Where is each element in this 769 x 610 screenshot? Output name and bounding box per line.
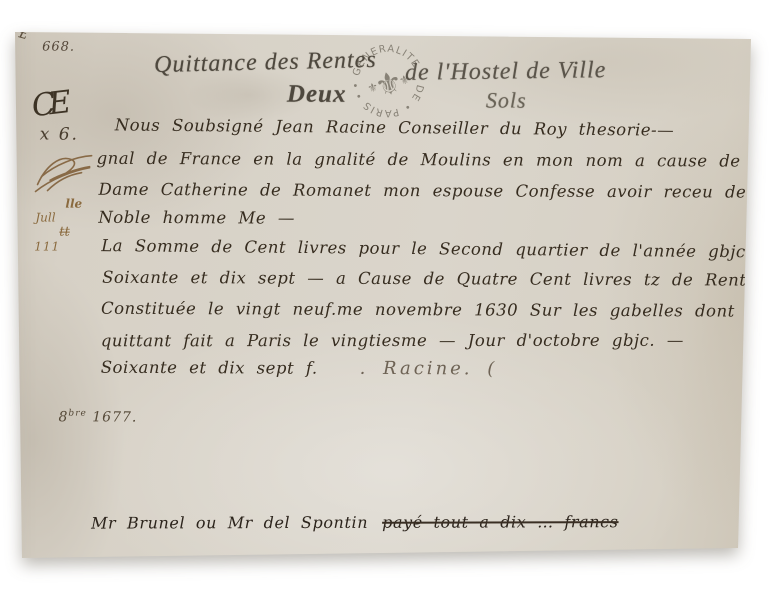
body-line: Constituée le vingt neuf.me novembre 163… [101,299,735,321]
body-line-text: Soixante et dix sept f. [101,358,318,378]
racine-signature: . Racine. ( [360,358,498,380]
body-line: La Somme de Cent livres pour le Second q… [101,236,746,261]
body-line: Nous Soubsigné Jean Racine Conseiller du… [115,115,675,139]
body-line: gnal de France en la gnalité de Moulins … [97,149,741,171]
date-note-superscript: bre [68,409,86,419]
folio-number: 668. [42,40,75,55]
margin-mark-jull: Jull [35,210,55,224]
body-last-line: Soixante et dix sept f.. Racine. ( [101,357,498,380]
header-title-right: de l'Hostel de Ville [405,57,607,87]
date-note-year: 1677. [87,409,138,425]
bottom-annotation-names: Mr Brunel ou Mr del Spontin [91,513,368,533]
body-line: Dame Catherine de Romanet mon espouse Co… [98,180,746,202]
fleur-de-lis-small-right-icon: ⚜ [398,72,412,88]
body-line: Noble homme Me — [98,208,295,228]
margin-mark-x6: x 6. [40,124,79,144]
header-denomination-deux: Deux [287,81,347,109]
photo-background: £ 668. Quittance des Rentes de l'Hostel … [0,0,769,610]
document-content: £ 668. Quittance des Rentes de l'Hostel … [0,0,769,610]
body-line: Soixante et dix sept — a Cause de Quatre… [102,268,769,290]
date-note: 8bre 1677. [58,409,137,426]
date-note-base: 8 [58,409,68,425]
corner-cross-mark: £ [17,23,31,43]
bottom-annotation-struck-text: payé tout a dix … francs [382,512,618,532]
margin-mark-lle: lle [65,197,82,211]
margin-paraph: CE [30,85,66,125]
bottom-annotation: Mr Brunel ou Mr del Spontinpayé tout a d… [91,512,619,532]
margin-crossed-scribble [29,146,101,198]
header-denomination-sols: Sols [486,87,527,113]
margin-mark-111: 111 [34,239,60,253]
margin-mark-tt: tt [59,225,70,240]
body-line: quittant fait a Paris le vingtiesme — Jo… [101,331,684,351]
document-paper: £ 668. Quittance des Rentes de l'Hostel … [0,0,769,610]
